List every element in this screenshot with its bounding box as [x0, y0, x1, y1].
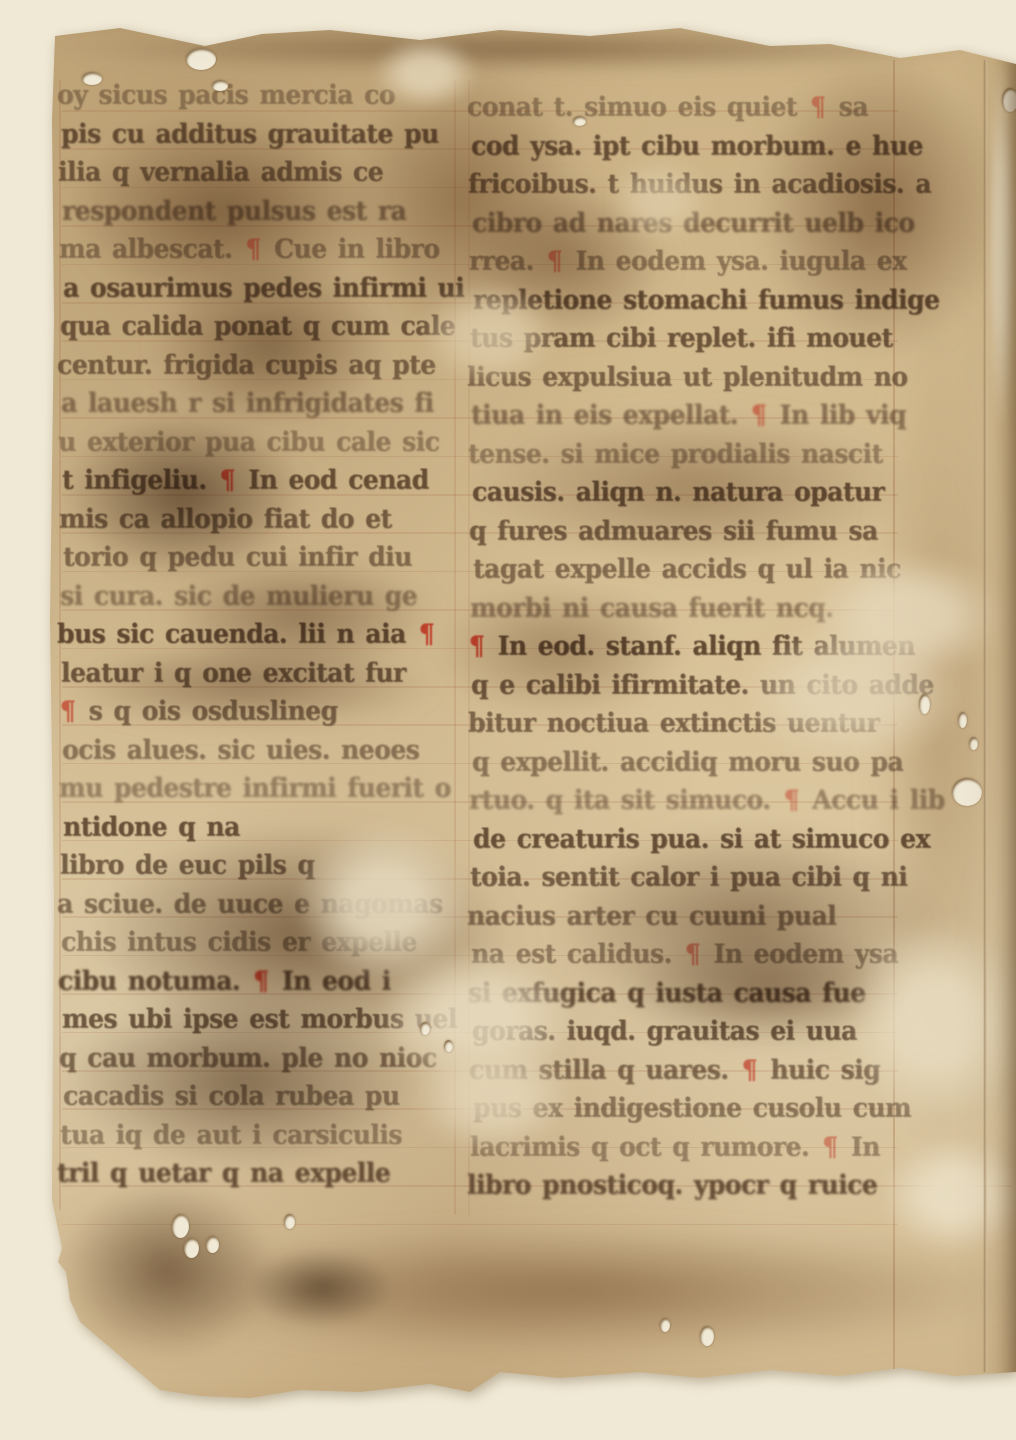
- text-line: libro de euc pils q: [60, 845, 458, 885]
- text-line: ma albescat. ¶ Cue in libro: [59, 229, 457, 269]
- worm-hole: [82, 72, 102, 85]
- text-line: conat t. simuo eis quiet ¶ sa: [467, 87, 905, 127]
- rubric-paragraph-mark: ¶: [808, 91, 827, 121]
- text-line: a osaurimus pedes infirmi ui: [63, 268, 461, 308]
- text-line: pus ex indigestione cusolu cum: [473, 1088, 911, 1128]
- text-line: rrea. ¶ In eodem ysa. iugula ex: [469, 241, 907, 281]
- manuscript-leaf: oy sicus pacis mercia copis cu additus g…: [0, 0, 1016, 1440]
- text-line: tus pram cibi replet. ifi mouet: [470, 318, 908, 358]
- worm-hole: [184, 1238, 199, 1258]
- text-line: tiua in eis expellat. ¶ In lib viq: [471, 395, 909, 435]
- worm-hole: [952, 778, 982, 806]
- text-line: torio q pedu cui infir diu: [63, 537, 461, 577]
- worm-hole: [969, 737, 978, 750]
- text-line: q expellit. accidiq moru suo pa: [472, 742, 910, 782]
- rubric-paragraph-mark: ¶: [218, 464, 237, 494]
- text-line: cibu notuma. ¶ In eod i: [58, 961, 456, 1001]
- text-line: ntidone q na: [63, 807, 461, 847]
- text-line: na est calidus. ¶ In eodem ysa: [471, 934, 909, 974]
- worm-hole: [284, 1214, 295, 1229]
- text-line: respondent pulsus est ra: [62, 191, 460, 231]
- text-line: t infigeliu. ¶ In eod cenad: [62, 460, 460, 500]
- worm-hole: [958, 712, 967, 728]
- rubric-paragraph-mark: ¶: [251, 965, 270, 995]
- worm-hole: [186, 48, 216, 70]
- text-line: tril q uetar q na expelle: [57, 1153, 455, 1193]
- text-line: tagat expelle accids q ul ia nic: [473, 549, 911, 589]
- text-line: tua iq de aut i carsiculis: [60, 1115, 458, 1155]
- text-line: q e calibi ifirmitate. un cito adde: [471, 665, 909, 705]
- flaked-patch: [988, 64, 1016, 424]
- text-line: centur. frigida cupis aq pte: [57, 345, 455, 385]
- text-line: morbi ni causa fuerit ncq.: [470, 588, 908, 628]
- worm-hole: [1002, 88, 1016, 112]
- text-line: mu pedestre infirmi fuerit o: [59, 768, 457, 808]
- text-line: licus expulsiua ut plenitudm no: [467, 357, 905, 397]
- worm-hole: [212, 80, 228, 91]
- text-line: si exfugica q iusta causa fue: [468, 973, 906, 1013]
- text-line: repletione stomachi fumus indige: [473, 280, 911, 320]
- worm-hole: [660, 1318, 670, 1332]
- photograph-background: { "manuscript": { "palette": { "backgrou…: [0, 0, 1016, 1440]
- worm-hole: [172, 1214, 189, 1238]
- text-line: cacadis si cola rubea pu: [63, 1076, 461, 1116]
- text-line: leatur i q one excitat fur: [61, 653, 459, 693]
- stain: [56, 1180, 276, 1360]
- rubric-paragraph-mark: ¶: [58, 695, 77, 725]
- worm-hole: [444, 1040, 453, 1052]
- text-line: bitur noctiua extinctis uentur: [468, 703, 906, 743]
- rubric-paragraph-mark: ¶: [820, 1131, 839, 1161]
- text-line: libro pnosticoq. ypocr q ruice: [467, 1165, 905, 1205]
- text-column-right: conat t. simuo eis quiet ¶ sacod ysa. ip…: [470, 88, 908, 1205]
- text-line: ¶ s q ois osduslineg: [58, 691, 456, 731]
- text-line: lacrimis q oct q rumore. ¶ In: [470, 1127, 908, 1167]
- text-line: goras. iuqd. grauitas ei uua: [472, 1011, 910, 1051]
- rubric-paragraph-mark: ¶: [545, 245, 564, 275]
- rubric-paragraph-mark: ¶: [740, 1054, 759, 1084]
- text-line: pis cu additus grauitate pu: [61, 114, 459, 154]
- rubric-paragraph-mark: ¶: [243, 233, 262, 263]
- text-line: u exterior pua cibu cale sic: [58, 422, 456, 462]
- text-line: cum stilla q uares. ¶ huic sig: [469, 1050, 907, 1090]
- text-line: q cau morbum. ple no nioc: [59, 1038, 457, 1078]
- text-line: a sciue. de uuce e nagomas: [57, 884, 455, 924]
- worm-hole: [420, 1022, 430, 1035]
- text-line: fricoibus. t huidus in acadiosis. a: [468, 164, 906, 204]
- text-line: nacius arter cu cuuni pual: [467, 896, 905, 936]
- text-line: ocis alues. sic uies. neoes: [62, 730, 460, 770]
- text-line: de creaturis pua. si at simuco ex: [473, 819, 911, 859]
- text-line: toia. sentit calor i pua cibi q ni: [470, 857, 908, 897]
- rubric-paragraph-mark: ¶: [683, 938, 702, 968]
- text-line: cod ysa. ipt cibu morbum. e hue: [471, 126, 909, 166]
- text-line: mes ubi ipse est morbus uel: [62, 999, 460, 1039]
- text-column-left: oy sicus pacis mercia copis cu additus g…: [60, 76, 458, 1193]
- text-line: chis intus cidis er expelle: [61, 922, 459, 962]
- stain: [130, 1225, 1016, 1355]
- text-line: bus sic cauenda. lii n aia ¶: [57, 614, 455, 654]
- worm-hole: [206, 1236, 219, 1253]
- text-line: qua calida ponat q cum cale: [60, 306, 458, 346]
- stain: [246, 1248, 396, 1328]
- text-line: cibro ad nares decurrit uelb ico: [472, 203, 910, 243]
- text-line: ilia q vernalia admis ce: [58, 152, 456, 192]
- rubric-paragraph-mark: ¶: [782, 784, 801, 814]
- rubric-paragraph-mark: ¶: [467, 630, 486, 660]
- worm-hole: [919, 694, 930, 714]
- text-line: oy sicus pacis mercia co: [57, 75, 455, 115]
- text-line: causis. aliqn n. natura opatur: [472, 472, 910, 512]
- worm-hole: [700, 1326, 714, 1346]
- text-line: tense. si mice prodialis nascit: [468, 434, 906, 474]
- rubric-paragraph-mark: ¶: [749, 399, 768, 429]
- text-line: mis ca allopio fiat do et: [59, 499, 457, 539]
- parchment-shadow-wrapper: oy sicus pacis mercia copis cu additus g…: [0, 0, 1016, 1440]
- text-line: ¶ In eod. stanf. aliqn fit alumen: [467, 626, 905, 666]
- text-line: q fures admuares sii fumu sa: [469, 511, 907, 551]
- worm-hole: [573, 116, 586, 126]
- text-line: a lauesh r si infrigidates fi: [61, 383, 459, 423]
- fold-crease: [984, 60, 987, 1372]
- text-line: si cura. sic de mulieru ge: [60, 576, 458, 616]
- rubric-paragraph-mark: ¶: [417, 618, 436, 648]
- text-line: rtuo. q ita sit simuco. ¶ Accu i lib: [469, 780, 907, 820]
